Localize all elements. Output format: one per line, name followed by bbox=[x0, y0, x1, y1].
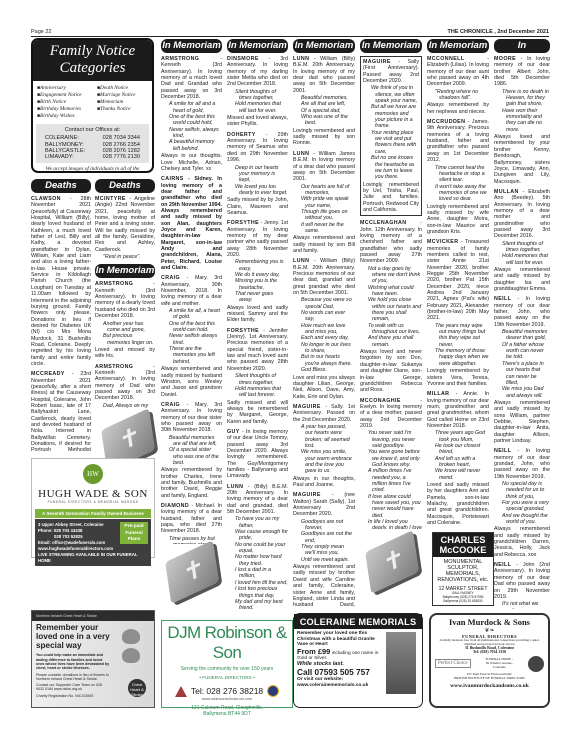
notice-entry: CAIRNS - Sidney. In loving memory of a d… bbox=[161, 176, 222, 271]
bible-icon bbox=[104, 418, 152, 462]
notice-verse: Deep in our hearts your memory is kept,W… bbox=[227, 165, 288, 197]
notice-surname: CRAIG bbox=[161, 402, 180, 408]
notice-verse: It's not what we write,Or what we say,It… bbox=[494, 601, 550, 609]
notice-entry: NEILL - In loving memory of our dear fat… bbox=[494, 296, 550, 444]
notice-signoff: Always remembered and sadly missed by so… bbox=[293, 235, 355, 254]
column-deaths-1: DeathsCLAWSON - 28th November 2021 (peac… bbox=[31, 179, 91, 454]
notice-entry: MCCONAGHIE - Evelyn. In loving memory of… bbox=[360, 398, 422, 529]
notice-verse: No special day is needed for us to think… bbox=[494, 481, 550, 525]
category-item: Anniversary bbox=[37, 85, 97, 92]
headstone-icon bbox=[386, 632, 416, 694]
notice-surname: MILLAR bbox=[427, 391, 449, 397]
category-item: Death Notice bbox=[97, 85, 154, 92]
category-list: Anniversary Death Notice Engagement Noti… bbox=[33, 81, 152, 120]
notice-surname: CLAWSON bbox=[31, 196, 61, 202]
crest-icon bbox=[267, 685, 279, 697]
notice-entry: LUNN - William (Billy) B.E.M. 20th Anniv… bbox=[293, 258, 355, 400]
ad-hugh-wade[interactable]: HW HUGH WADE & SON FUNERAL DIRECTORS & M… bbox=[31, 458, 155, 558]
notice-text: - Kenneth (3rd Anniversary). In loving m… bbox=[95, 281, 155, 319]
notice-surname: CRAIG bbox=[161, 275, 180, 281]
notice-text: - Jenny. 1st Anniversary. In loving memo… bbox=[227, 220, 288, 258]
notice-signoff: Missed and loved always, sister Phyllis. bbox=[227, 115, 288, 128]
notice-signoff: Always remembered and sadly missed by br… bbox=[293, 564, 355, 609]
notice-entry: MULLAN - Elizabeth Ann (Beedey). 5th Ann… bbox=[494, 189, 550, 293]
notice-surname: MAGUIRE bbox=[293, 492, 321, 498]
category-item: Birth Notice bbox=[37, 99, 97, 106]
notice-surname: CAIRNS bbox=[161, 176, 184, 182]
notice-verse: "Resting where no shadows fall". bbox=[427, 89, 489, 102]
notice-surname: GUY bbox=[227, 429, 240, 435]
notice-text: - Kenneth (3rd Anniversary). In loving m… bbox=[95, 364, 155, 402]
notice-surname: NEILL bbox=[494, 296, 511, 302]
box-title: Family Notice Categories bbox=[33, 40, 152, 81]
section-header-in-memoriam: In Memoriam bbox=[293, 39, 355, 53]
notice-surname: FORSYTHE bbox=[227, 220, 259, 226]
notice-signoff: Sadly missed by by John, Claire, Maureen… bbox=[227, 197, 288, 216]
notice-entry: MAGUIRE - Sally (First Anniversary). Pas… bbox=[360, 56, 422, 216]
notice-verse: Dad, Always on my mind,Forever in my hea… bbox=[95, 403, 155, 409]
notice-text: - In loving memory of our dear Uncle Tom… bbox=[227, 429, 288, 479]
notice-entry: MCCREADY - 23rd November 2021 (peacefull… bbox=[31, 371, 91, 454]
notice-text: - 28th November 2021 (peacefully) at Cau… bbox=[31, 196, 91, 367]
notice-entry: DIAMOND - Michael. In loving memory of a… bbox=[161, 503, 222, 544]
notice-text: - Elizabeth Ann (Beedey). 5th Anniversar… bbox=[494, 189, 550, 239]
ad-chest-heart-stroke[interactable]: Northern Ireland Chest Heart & Stroke Re… bbox=[31, 610, 155, 708]
notice-text: - William (Billy) B.E.M. 20th Anniversar… bbox=[293, 56, 355, 94]
notice-surname: ARMSTRONG bbox=[161, 56, 199, 62]
notice-signoff: Always remembered and sadly missed by hu… bbox=[161, 366, 222, 398]
section-header-in-memoriam: In Memoriam bbox=[427, 39, 489, 53]
notice-surname: MCCREADY bbox=[31, 371, 65, 377]
notice-entry: MCVICKER - Treasured memories of family … bbox=[427, 239, 489, 387]
notice-verse: You never said I'm leaving, you never sa… bbox=[360, 430, 422, 529]
notice-surname: MCCRUDDEN bbox=[427, 119, 465, 125]
notice-signoff: Love and miss you always daughter Lilian… bbox=[293, 375, 355, 400]
notice-surname: MULLAN bbox=[494, 189, 519, 195]
notice-entry: MCCONNELL - Elizabeth (Lilias). In lovin… bbox=[427, 56, 489, 115]
notice-verse: Another year has come and gone,But preci… bbox=[95, 321, 155, 346]
notice-entry: NEILL - John (2nd Anniversary). In lovin… bbox=[494, 562, 550, 609]
notice-entry: MCINTYRE - Angeline (Angie) 22nd Novembe… bbox=[95, 196, 155, 260]
column-deaths-2: DeathsMCINTYRE - Angeline (Angie) 22nd N… bbox=[95, 179, 155, 409]
notice-entry: DOHERTY - 29th Anniversary. In loving me… bbox=[227, 132, 288, 216]
notice-text: - James. 9th Anniversary. Precious memor… bbox=[427, 119, 489, 163]
notice-signoff: Always remembered by brother Charles, Ir… bbox=[161, 467, 222, 499]
section-header-deaths: Deaths bbox=[31, 179, 91, 193]
prepaid-funeral-badge: Pre-paid Funeral Plans bbox=[120, 522, 148, 544]
section-header-in-memoriam: In Memoriam bbox=[494, 39, 550, 53]
notice-signoff: Always in our thoughts, Paul and Joanne. bbox=[293, 476, 355, 489]
notice-text: - Sidney. In loving memory of a dear fat… bbox=[161, 176, 222, 271]
category-item: Marriage Notice bbox=[97, 92, 154, 99]
category-item: Thanks Notice bbox=[97, 106, 154, 113]
notice-signoff: Always in our thoughts. Love Michelle, A… bbox=[161, 153, 222, 172]
notice-surname: MCINTYRE bbox=[95, 196, 126, 202]
notice-entry: NEILL - In loving memory of our dear gra… bbox=[494, 448, 550, 558]
section-header-deaths: Deaths bbox=[95, 179, 155, 193]
notice-entry: FORSYTHE - Jenny. 1st Anniversary. In lo… bbox=[227, 220, 288, 324]
column-memoriam-5: In MemoriamLUNN - William (Billy) B.E.M.… bbox=[293, 39, 355, 609]
perfect-choice-logo: Perfect Choice bbox=[435, 659, 471, 668]
notice-verse: There is no death in Heaven, for they ga… bbox=[494, 89, 550, 133]
notice-surname: DOHERTY bbox=[227, 132, 256, 138]
page-header: Page 22 THE CHRONICLE , 2nd December 202… bbox=[31, 28, 549, 37]
notice-entry: MOORE - In loving memory of our dear bro… bbox=[494, 56, 550, 185]
notice-signoff: Sadly missed and will always be remember… bbox=[227, 400, 288, 425]
notice-surname: DINSMORE bbox=[227, 56, 259, 62]
notice-verse: Silent thoughts of times together,Hold m… bbox=[227, 89, 288, 114]
notice-verse: Not a day goes by where we don't think o… bbox=[360, 266, 422, 348]
notice-surname: MCCLENAGHAN bbox=[360, 220, 406, 226]
notice-signoff: Always remembered and sadly missed by da… bbox=[494, 267, 550, 292]
notice-text: - John (2nd Anniversary). In loving memo… bbox=[494, 562, 550, 600]
notice-entry: MAGUIRE - Sally. 1st Anniversary. Passed… bbox=[293, 404, 355, 488]
category-item: Engagement Notice bbox=[37, 92, 97, 99]
notice-verse: A smile for all and a heart of gold,One … bbox=[161, 101, 222, 152]
notice-text: - Angeline (Angie) 22nd November 2021, p… bbox=[95, 196, 155, 253]
ad-djm-robinson[interactable]: DJM Robinson & Son Serving the community… bbox=[161, 620, 293, 708]
category-item: Memoriam bbox=[97, 99, 154, 106]
notice-entry: LUNN - (Billy) B.E.M. 20th Anniversary. … bbox=[227, 484, 288, 609]
notice-verse: Silent thoughts of times together,Hold m… bbox=[494, 241, 550, 266]
notice-signoff: Loved and sadly missed by her daughters … bbox=[427, 482, 489, 525]
notice-verse: Beautiful memories dearer than gold,Of a… bbox=[494, 329, 550, 399]
office-row: LIMAVADY:028 7776 2130 bbox=[42, 154, 143, 160]
section-header-in-memoriam: In Memoriam bbox=[360, 39, 422, 53]
hugh-wade-contact: 3 Upper Abbey Street, Coleraine Phone: 0… bbox=[35, 519, 151, 566]
notice-surname: LUNN bbox=[293, 151, 309, 157]
notice-entry: GUY - In loving memory of our dear Uncle… bbox=[227, 429, 288, 480]
notice-entry: MAGUIRE - (nee Walton) Sarah (Sally), 1s… bbox=[293, 492, 355, 609]
notice-verse: Beautiful memories,Are all that are left… bbox=[293, 95, 355, 127]
box-footer: We accept images of individuals in all o… bbox=[33, 163, 152, 173]
notice-text: - Annie. In loving memory of our dear mu… bbox=[427, 391, 489, 429]
notice-verse: We think of you in silence, we often spe… bbox=[363, 85, 419, 180]
notice-surname: LUNN bbox=[293, 258, 309, 264]
notice-verse: Because you were so special Dad,No words… bbox=[293, 297, 355, 373]
notice-signoff: Always loved and remembered by your brot… bbox=[494, 134, 550, 185]
bible-icon bbox=[368, 540, 416, 584]
notice-entry: CLAWSON - 28th November 2021 (peacefully… bbox=[31, 196, 91, 367]
notice-surname: MCCONAGHIE bbox=[360, 398, 401, 404]
notice-surname: FORSYTHE bbox=[227, 328, 259, 334]
notice-entry: DINSMORE - 3rd Anniversary. In loving me… bbox=[227, 56, 288, 128]
hearts-icon bbox=[122, 629, 144, 669]
notice-verse: Silent thoughts of times together,Hold m… bbox=[227, 373, 288, 398]
notice-signoff: Always loved and never forgotten by son … bbox=[360, 349, 422, 393]
notice-surname: LUNN bbox=[293, 56, 309, 62]
notice-verse: To have you as my father,Was cause enoug… bbox=[227, 516, 288, 609]
notice-text: - John. 12th Anniversary. In loving memo… bbox=[360, 220, 422, 264]
notice-signoff: Lovingly remembered by Uel, Trisha, Paul… bbox=[363, 182, 419, 214]
notice-surname: MCVICKER bbox=[427, 239, 458, 245]
crest-icon bbox=[528, 656, 544, 672]
notice-text: - Jennifer (Jenny). 1st Anniversary. Pre… bbox=[227, 328, 288, 372]
column-memoriam-4: In MemoriamDINSMORE - 3rd Anniversary. I… bbox=[227, 39, 288, 609]
hugh-wade-logo-icon: HW bbox=[83, 464, 103, 484]
notice-verse: Beautiful memories are all that are left… bbox=[161, 435, 222, 467]
notice-signoff: Always remembered and sadly missed by gr… bbox=[494, 526, 550, 558]
notice-entry: LUNN - William James B.E.M. In loving me… bbox=[293, 151, 355, 255]
logo-triangle-icon bbox=[175, 686, 187, 697]
notice-verse: A year has passed, our hearts were broke… bbox=[293, 424, 355, 475]
notice-entry: CRAIG - Mary. 3rd Anniversary, 30th Nove… bbox=[161, 275, 222, 398]
notice-verse: The years may wipe out many things but t… bbox=[427, 323, 489, 367]
notice-entry: MILLAR - Annie. In loving memory of our … bbox=[427, 391, 489, 525]
ad-charles-mccooke[interactable]: CHARLESMcCOOKE MONUMENTAL SCULPTOR, MEMO… bbox=[432, 532, 494, 606]
notice-entry: MCCRUDDEN - James. 9th Anniversary. Prec… bbox=[427, 119, 489, 235]
column-memoriam-8: In MemoriamMOORE - In loving memory of o… bbox=[494, 39, 550, 609]
section-header-in-memoriam: In Memoriam bbox=[227, 39, 288, 53]
column-memoriam-7: In MemoriamMCCONNELL - Elizabeth (Lilias… bbox=[427, 39, 489, 525]
notice-verse: Our hearts are full of memories,With pri… bbox=[293, 184, 355, 235]
notice-entry: ARMSTRONG - Kenneth (3rd Anniversary). I… bbox=[95, 281, 155, 359]
masthead: THE CHRONICLE , 2nd December 2021 bbox=[448, 29, 549, 35]
notice-surname: ARMSTRONG bbox=[95, 281, 133, 287]
section-header-in-memoriam: In Memoriam bbox=[95, 264, 155, 278]
notice-verse: Remembering you is easy,We do it every d… bbox=[227, 259, 288, 303]
bible-icon bbox=[168, 550, 216, 594]
notice-signoff: Always remembered and sadly missed by so… bbox=[494, 400, 550, 444]
notice-surname: MAGUIRE bbox=[363, 59, 391, 65]
notice-text: - Kenneth (3rd Anniversary). In loving m… bbox=[161, 56, 222, 100]
notice-text: - William (Billy) B.E.M. 20th Anniversar… bbox=[293, 258, 355, 296]
notice-text: - Treasured memories of family members c… bbox=[427, 239, 489, 321]
notice-surname: ARMSTRONG bbox=[95, 364, 133, 370]
notice-entry: ARMSTRONG - Kenneth (3rd Anniversary). I… bbox=[95, 364, 155, 409]
office-contacts: Contact our Offices at: COLERAINE:028 70… bbox=[36, 124, 149, 163]
column-memoriam-3: In MemoriamARMSTRONG - Kenneth (3rd Anni… bbox=[161, 39, 222, 544]
ad-ivan-murdock[interactable]: Ivan Murdock & Sons ❦❧ FUNERAL DIRECTORS… bbox=[429, 613, 550, 708]
notice-surname: NEILL bbox=[494, 562, 511, 568]
notice-entry: LUNN - William (Billy) B.E.M. 20th Anniv… bbox=[293, 56, 355, 147]
category-item: Birthday Wishes bbox=[37, 113, 97, 120]
notice-surname: MCCONNELL bbox=[427, 56, 464, 62]
notice-surname: DIAMOND bbox=[161, 503, 189, 509]
family-notice-categories-box: Family Notice Categories Anniversary Dea… bbox=[31, 38, 154, 173]
notice-entry: MCCLENAGHAN - John. 12th Anniversary. In… bbox=[360, 220, 422, 393]
notice-entry: FORSYTHE - Jennifer (Jenny). 1st Anniver… bbox=[227, 328, 288, 425]
column-memoriam-6: In MemoriamMAGUIRE - Sally (First Annive… bbox=[360, 39, 422, 529]
notice-verse: Three years ago God took you Mum,He took… bbox=[427, 430, 489, 481]
category-item: Birthday Memories bbox=[37, 106, 97, 113]
notice-signoff: Lovingly remembered and sadly missed by … bbox=[293, 128, 355, 147]
notice-surname: LUNN bbox=[227, 484, 243, 490]
notice-signoff: Always remembered by her nephews and nie… bbox=[427, 102, 489, 115]
notice-signoff: Lovingly remembered by sisters Vera, Ter… bbox=[427, 368, 489, 387]
notice-signoff: Loved and missed by wife Iris. bbox=[95, 347, 155, 360]
chest-heart-badge-icon: Chest Heart & Stroke bbox=[128, 679, 146, 697]
notice-verse: Time cannot heal the heartache or stop a… bbox=[427, 165, 489, 203]
notice-verse: "Rest in peace". bbox=[95, 254, 155, 260]
notice-surname: NEILL bbox=[494, 448, 511, 454]
notice-verse: A smile for all, a heart of gold.One of … bbox=[161, 308, 222, 365]
notice-surname: MAGUIRE bbox=[293, 404, 321, 410]
section-header-in-memoriam: In Memoriam bbox=[161, 39, 222, 53]
notice-surname: MOORE bbox=[494, 56, 516, 62]
notice-verse: Goodbyes are not forever,Goodbyes are no… bbox=[293, 519, 355, 563]
notice-entry: CRAIG - Mary. 3rd Anniversary. In loving… bbox=[161, 402, 222, 499]
notice-signoff: Lovingly remembered and sadly missed by … bbox=[427, 204, 489, 236]
ornament-icon: ❦❧ bbox=[431, 627, 548, 634]
notice-entry: ARMSTRONG - Kenneth (3rd Anniversary). I… bbox=[161, 56, 222, 172]
notice-text: - 23rd November 2021 (peacefully, after … bbox=[31, 371, 91, 454]
ad-coleraine-memorials[interactable]: COLERAINE MEMORIALS Remember your loved … bbox=[293, 613, 423, 708]
notice-signoff: Always loved and sadly missed, Sammy and… bbox=[227, 305, 288, 324]
page-number: Page 22 bbox=[31, 29, 52, 35]
